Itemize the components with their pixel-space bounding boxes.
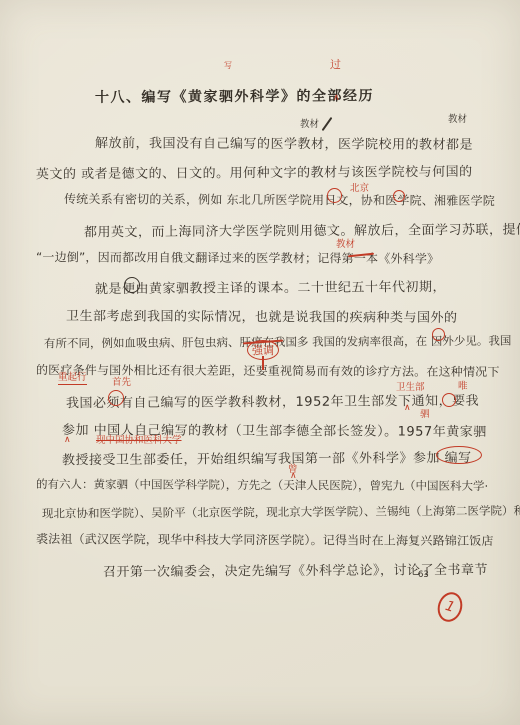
manuscript-line: 教授接受卫生部委任，开始组织编写我国第一部《外科学》参加 编写	[62, 447, 472, 469]
margin-number: 63	[418, 570, 429, 580]
manuscript-line: 解放前，我国没有自己编写的医学教材，医学院校用的教材都是	[95, 132, 473, 153]
manuscript-line: 现北京协和医学院）、吴阶平（北京医学院，现北京大学医学院）、兰锡纯（上海第二医学…	[42, 503, 520, 522]
insert-caret: ∧	[333, 94, 340, 103]
transposition-circle	[436, 446, 482, 464]
page-number-circled: 1	[434, 589, 466, 625]
manuscript-line: 裘法祖（武汉医学院，现华中科技大学同济医学院）。记得当时在上海复兴路锦江饭店	[36, 530, 494, 549]
manuscript-page: 十八、编写《黄家驷外科学》的全部经历 解放前，我国没有自己编写的医学教材，医学院…	[0, 0, 520, 725]
insert-caret: ∧	[404, 404, 411, 413]
manuscript-line: 的医疗条件与国外相比还有很大差距，还要重视简易而有效的诊疗方法。在这种情况下	[36, 361, 500, 380]
red-correction: 教材	[336, 236, 355, 250]
manuscript-line: 都用英文，而上海同济大学医学院则用德文。解放后，全面学习苏联，提倡	[84, 219, 520, 241]
deletion-circle	[124, 277, 140, 293]
deletion-circle	[108, 390, 124, 406]
manuscript-line: 就是便由黄家驷教授主译的课本。二十世纪五十年代初期，	[95, 276, 446, 297]
manuscript-line: 英文的 或者是德文的、日文的。用何种文字的教材与该医学院校与何国的	[36, 161, 473, 183]
deletion-circle	[432, 328, 445, 341]
red-correction: 唯	[458, 378, 468, 392]
red-correction: 卫生部	[396, 379, 425, 393]
red-correction: 过	[330, 56, 341, 72]
correction-arrow	[262, 356, 264, 370]
red-correction: 首先	[112, 374, 131, 388]
insert-caret: ∧	[64, 436, 71, 445]
red-correction: 写	[224, 60, 232, 71]
deletion-circle	[393, 190, 405, 202]
red-correction: 北京	[350, 180, 369, 194]
red-correction: 重起行	[58, 372, 87, 385]
manuscript-line: 的有六人：黄家驷（中国医学科学院），方先之（天津人民医院），曾宪九（中国医科大学…	[36, 476, 488, 494]
insertion-slash-mark	[322, 117, 333, 131]
red-correction-struck: 现中国协和医科大学	[96, 432, 182, 446]
insert-caret: ∧	[290, 472, 297, 481]
ink-insertion: 教材	[448, 111, 467, 125]
ink-insertion: 教材	[300, 116, 319, 130]
manuscript-line: 传统关系有密切的关系，例如 东北几所医学院用日文，协和医学院、湘雅医学院	[64, 190, 495, 209]
deletion-circle	[327, 188, 342, 203]
manuscript-line: “一边倒”，因而都改用自俄文翻译过来的医学教材；记得第一本《外科学》	[36, 248, 439, 267]
manuscript-line: 召开第一次编委会，决定先编写《外科学总论》，讨论了全书章节	[103, 559, 488, 580]
deletion-circle	[442, 393, 456, 407]
red-correction: 驷	[420, 406, 430, 420]
manuscript-line: 卫生部考虑到我国的实际情况，也就是说我国的疾病种类与国外的	[66, 305, 458, 326]
